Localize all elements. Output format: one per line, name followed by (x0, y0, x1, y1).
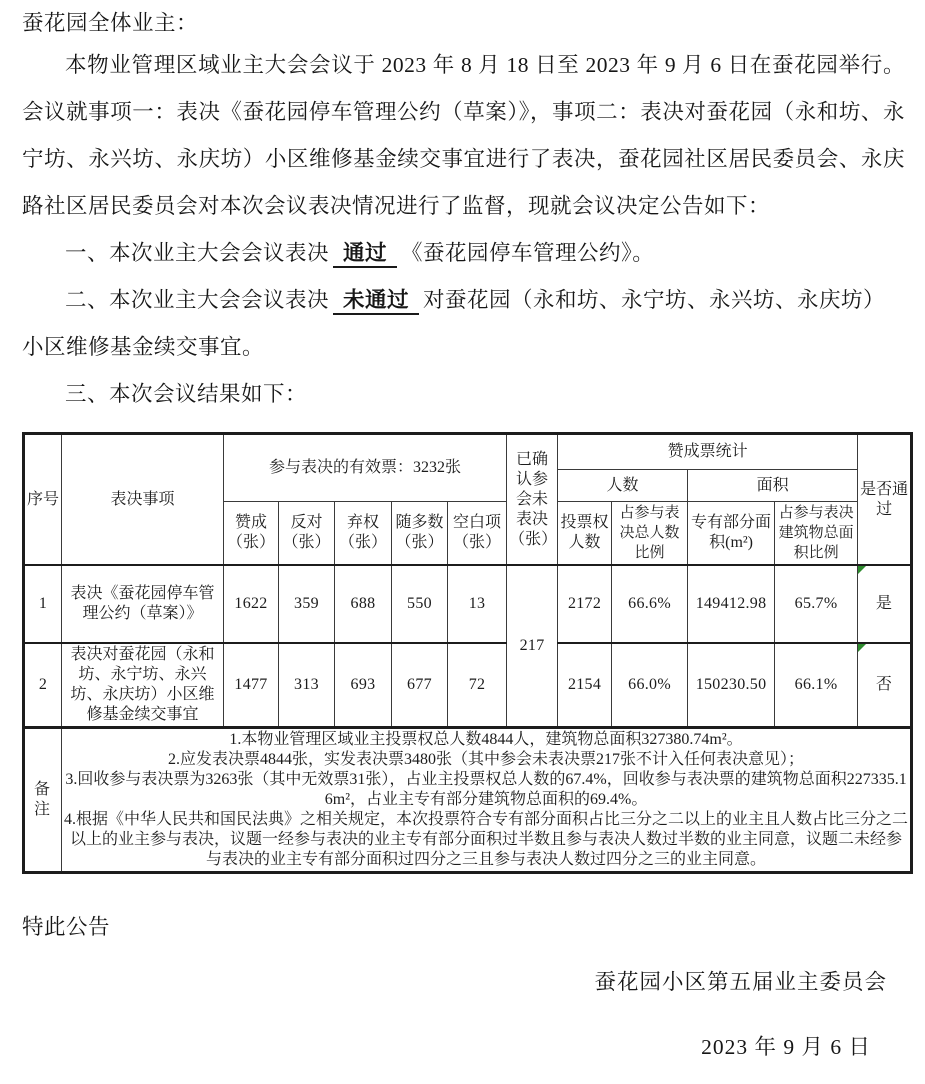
cell-area: 150230.50 (688, 643, 775, 728)
cell-blank: 72 (448, 643, 507, 728)
cell-area-ratio: 66.1% (775, 643, 858, 728)
header-confirmed-no-vote: 已确认参会未表决（张） (507, 434, 558, 566)
cell-approve: 1622 (224, 565, 279, 643)
header-passed: 是否通过 (858, 434, 912, 566)
cell-approve: 1477 (224, 643, 279, 728)
header-item: 表决事项 (62, 434, 224, 566)
cell-follow: 550 (392, 565, 448, 643)
issuer-signature: 蚕花园小区第五届业主委员会 (22, 965, 887, 996)
remarks-row: 备注 1.本物业管理区域业主投票权总人数4844人，建筑物总面积327380.7… (24, 728, 912, 873)
header-oppose: 反对（张） (279, 502, 335, 566)
passed-value: 是 (876, 595, 892, 612)
cell-item: 表决《蚕花园停车管理公约（草案）》 (62, 565, 224, 643)
announcement-page: 蚕花园全体业主： 本物业管理区域业主大会会议于 2023 年 8 月 18 日至… (0, 0, 925, 1061)
cell-seq: 2 (24, 643, 62, 728)
cell-rights: 2172 (558, 565, 612, 643)
table-row-2: 2 表决对蚕花园（永和坊、永宁坊、永兴坊、永庆坊）小区维修基金续交事宜 1477… (24, 643, 912, 728)
table-row-1: 1 表决《蚕花园停车管理公约（草案）》 1622 359 688 550 13 … (24, 565, 912, 643)
remarks-content: 1.本物业管理区域业主投票权总人数4844人，建筑物总面积327380.74m²… (62, 728, 912, 873)
remark-line-3: 3.回收参与表决票为3263张（其中无效票31张），占业主投票权总人数的67.4… (64, 770, 908, 810)
cell-area-ratio: 65.7% (775, 565, 858, 643)
item-1-result-underlined: 通过 (333, 241, 397, 268)
header-blank: 空白项（张） (448, 502, 507, 566)
cell-rights: 2154 (558, 643, 612, 728)
cell-abstain: 688 (335, 565, 392, 643)
resolution-item-1: 一、本次业主大会会议表决通过《蚕花园停车管理公约》。 (22, 230, 905, 277)
remarks-label: 备注 (24, 728, 62, 873)
remark-line-4: 4.根据《中华人民共和国民法典》之相关规定，本次投票符合专有部分面积占比三分之二… (64, 810, 908, 870)
cell-oppose: 359 (279, 565, 335, 643)
header-area-ratio: 占参与表决建筑物总面积比例 (775, 502, 858, 566)
cell-people-ratio: 66.6% (612, 565, 688, 643)
salutation: 蚕花园全体业主： (22, 4, 905, 42)
header-people-ratio: 占参与表决总人数比例 (612, 502, 688, 566)
cell-oppose: 313 (279, 643, 335, 728)
cell-passed: 否 (858, 643, 912, 728)
header-voting-rights: 投票权人数 (558, 502, 612, 566)
item-1-prefix: 一、本次业主大会会议表决 (65, 241, 329, 265)
header-row-groups: 序号 表决事项 参与表决的有效票：3232张 已确认参会未表决（张） 赞成票统计… (24, 434, 912, 470)
comment-marker-icon (858, 644, 866, 652)
header-valid-votes-group: 参与表决的有效票：3232张 (224, 434, 507, 502)
cell-follow: 677 (392, 643, 448, 728)
resolution-item-3: 三、本次会议结果如下： (22, 371, 905, 418)
cell-people-ratio: 66.0% (612, 643, 688, 728)
cell-abstain: 693 (335, 643, 392, 728)
header-abstain: 弃权（张） (335, 502, 392, 566)
item-2-prefix: 二、本次业主大会会议表决 (65, 288, 329, 312)
passed-value: 否 (876, 676, 892, 693)
header-approve-stats-group: 赞成票统计 (558, 434, 858, 470)
remark-line-2: 2.应发表决票4844张，实发表决票3480张（其中参会未表决票217张不计入任… (64, 750, 908, 770)
resolution-item-2: 二、本次业主大会会议表决未通过对蚕花园（永和坊、永宁坊、永兴坊、永庆坊）小区维修… (22, 277, 905, 371)
cell-passed: 是 (858, 565, 912, 643)
issue-date: 2023 年 9 月 6 日 (22, 1030, 871, 1061)
cell-blank: 13 (448, 565, 507, 643)
intro-paragraph: 本物业管理区域业主大会会议于 2023 年 8 月 18 日至 2023 年 9… (22, 42, 905, 230)
header-seq: 序号 (24, 434, 62, 566)
cell-seq: 1 (24, 565, 62, 643)
cell-confirmed-no-vote: 217 (507, 565, 558, 728)
header-approve: 赞成（张） (224, 502, 279, 566)
item-1-suffix: 《蚕花园停车管理公约》。 (401, 241, 654, 265)
cell-item: 表决对蚕花园（永和坊、永宁坊、永兴坊、永庆坊）小区维修基金续交事宜 (62, 643, 224, 728)
header-people-group: 人数 (558, 470, 688, 502)
header-follow-majority: 随多数（张） (392, 502, 448, 566)
comment-marker-icon (858, 566, 866, 574)
closing-phrase: 特此公告 (22, 910, 905, 941)
header-exclusive-area: 专有部分面积(m²) (688, 502, 775, 566)
remark-line-1: 1.本物业管理区域业主投票权总人数4844人，建筑物总面积327380.74m²… (64, 730, 908, 750)
header-area-group: 面积 (688, 470, 858, 502)
cell-area: 149412.98 (688, 565, 775, 643)
vote-result-table: 序号 表决事项 参与表决的有效票：3232张 已确认参会未表决（张） 赞成票统计… (22, 432, 913, 874)
item-2-result-underlined: 未通过 (333, 288, 419, 315)
